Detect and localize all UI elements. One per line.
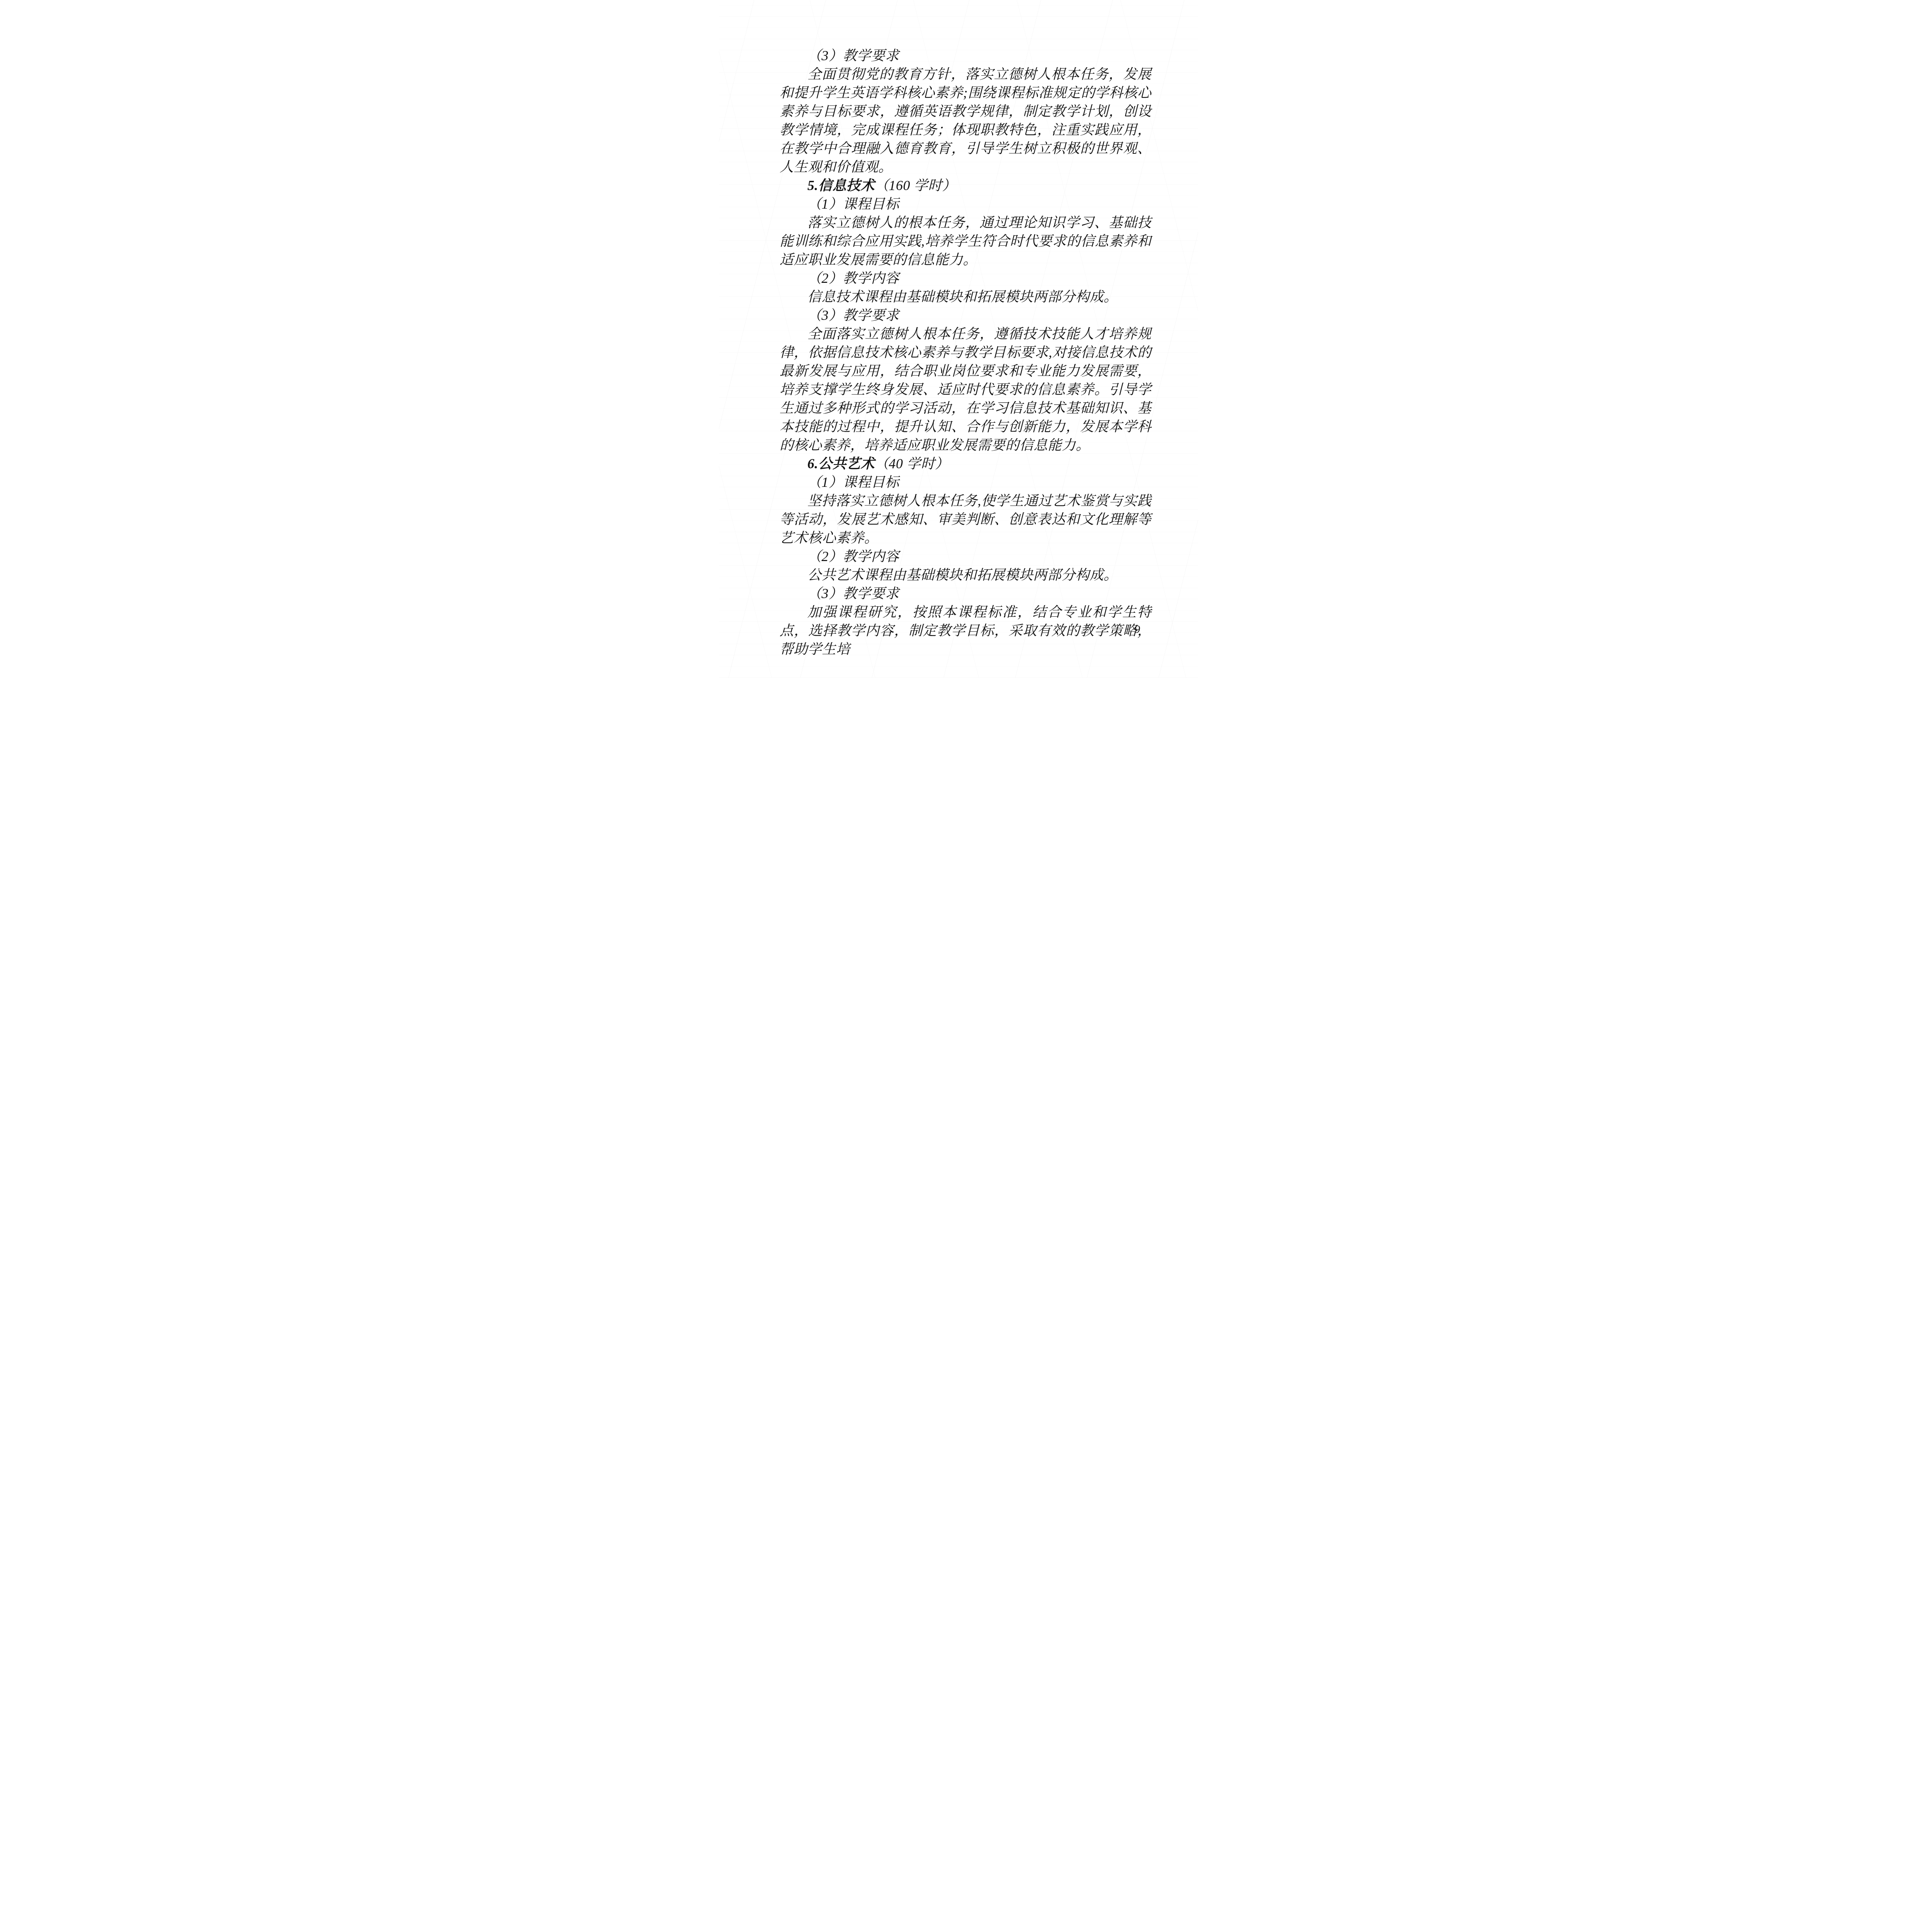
page-number: 9 (1134, 623, 1140, 636)
document-page: （3）教学要求 全面贯彻党的教育方针，落实立德树人根本任务，发展和提升学生英语学… (719, 0, 1198, 678)
paragraph-english-requirements: 全面贯彻党的教育方针，落实立德树人根本任务，发展和提升学生英语学科核心素养;围绕… (780, 65, 1151, 176)
paragraph-art-objectives: 坚持落实立德树人根本任务,使学生通过艺术鉴赏与实践等活动，发展艺术感知、审美判断… (780, 492, 1151, 547)
document-body: （3）教学要求 全面贯彻党的教育方针，落实立德树人根本任务，发展和提升学生英语学… (780, 46, 1151, 658)
paragraph-it-objectives: 落实立德树人的根本任务，通过理论知识学习、基础技能训练和综合应用实践,培养学生符… (780, 213, 1151, 269)
section-heading-information-technology: 5.信息技术（160 学时） (780, 176, 1151, 195)
paragraph-art-requirements: 加强课程研究，按照本课程标准，结合专业和学生特点，选择教学内容，制定教学目标，采… (780, 603, 1151, 658)
section-heading-hours: （160 学时） (875, 178, 956, 193)
paragraph-it-content: 信息技术课程由基础模块和拓展模块两部分构成。 (780, 287, 1151, 306)
paragraph-it-requirements: 全面落实立德树人根本任务，遵循技术技能人才培养规律，依据信息技术核心素养与教学目… (780, 325, 1151, 454)
sub-heading-it-teaching-requirements: （3）教学要求 (780, 306, 1151, 325)
sub-heading-teaching-requirements-english: （3）教学要求 (780, 46, 1151, 65)
sub-heading-art-course-objectives: （1）课程目标 (780, 473, 1151, 492)
section-heading-public-art: 6.公共艺术（40 学时） (780, 454, 1151, 473)
sub-heading-art-teaching-requirements: （3）教学要求 (780, 584, 1151, 603)
paragraph-art-content: 公共艺术课程由基础模块和拓展模块两部分构成。 (780, 566, 1151, 584)
section-heading-label: 5.信息技术 (807, 178, 875, 193)
section-heading-hours: （40 学时） (875, 456, 949, 471)
sub-heading-it-course-objectives: （1）课程目标 (780, 195, 1151, 213)
sub-heading-it-teaching-content: （2）教学内容 (780, 269, 1151, 287)
section-heading-label: 6.公共艺术 (807, 456, 875, 471)
sub-heading-art-teaching-content: （2）教学内容 (780, 547, 1151, 566)
